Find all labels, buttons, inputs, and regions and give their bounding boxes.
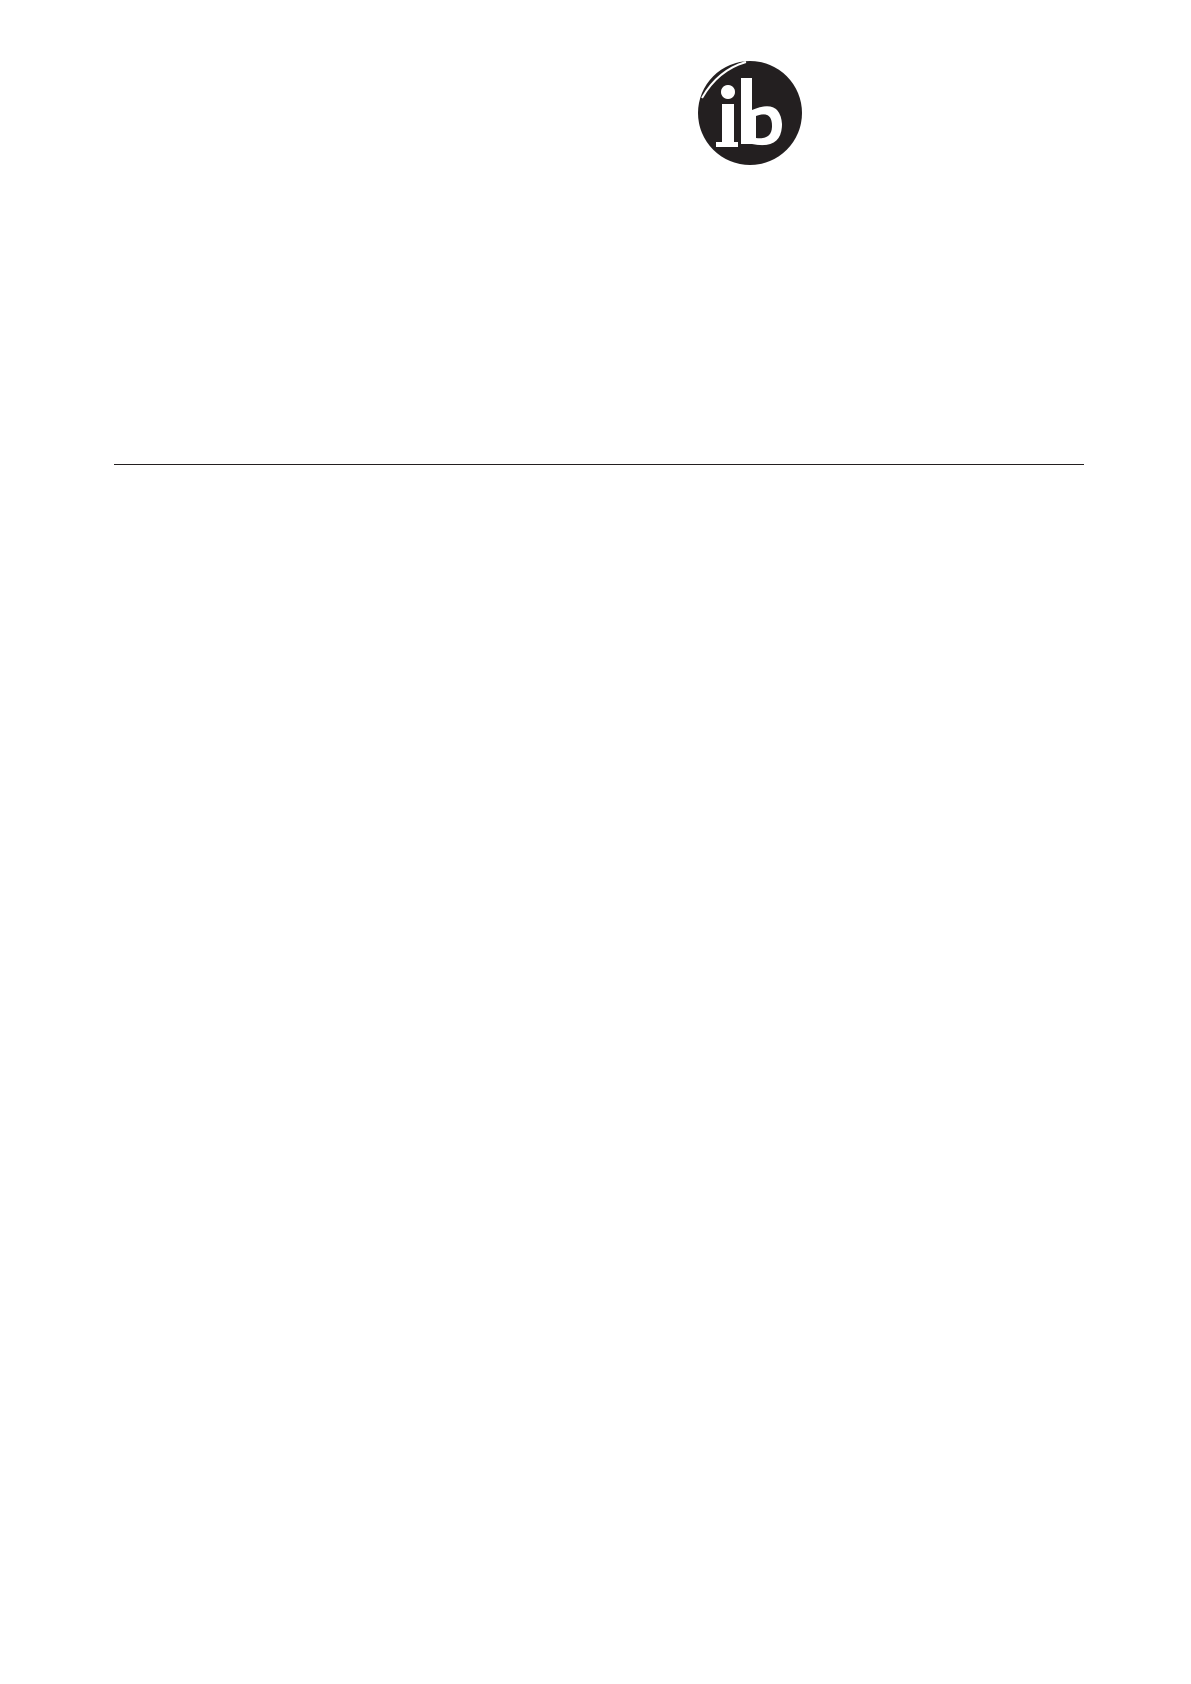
barcode-top (136, 113, 318, 183)
barcode-side (87, 1312, 117, 1524)
ib-logo-icon (688, 58, 808, 168)
divider (114, 464, 1084, 465)
